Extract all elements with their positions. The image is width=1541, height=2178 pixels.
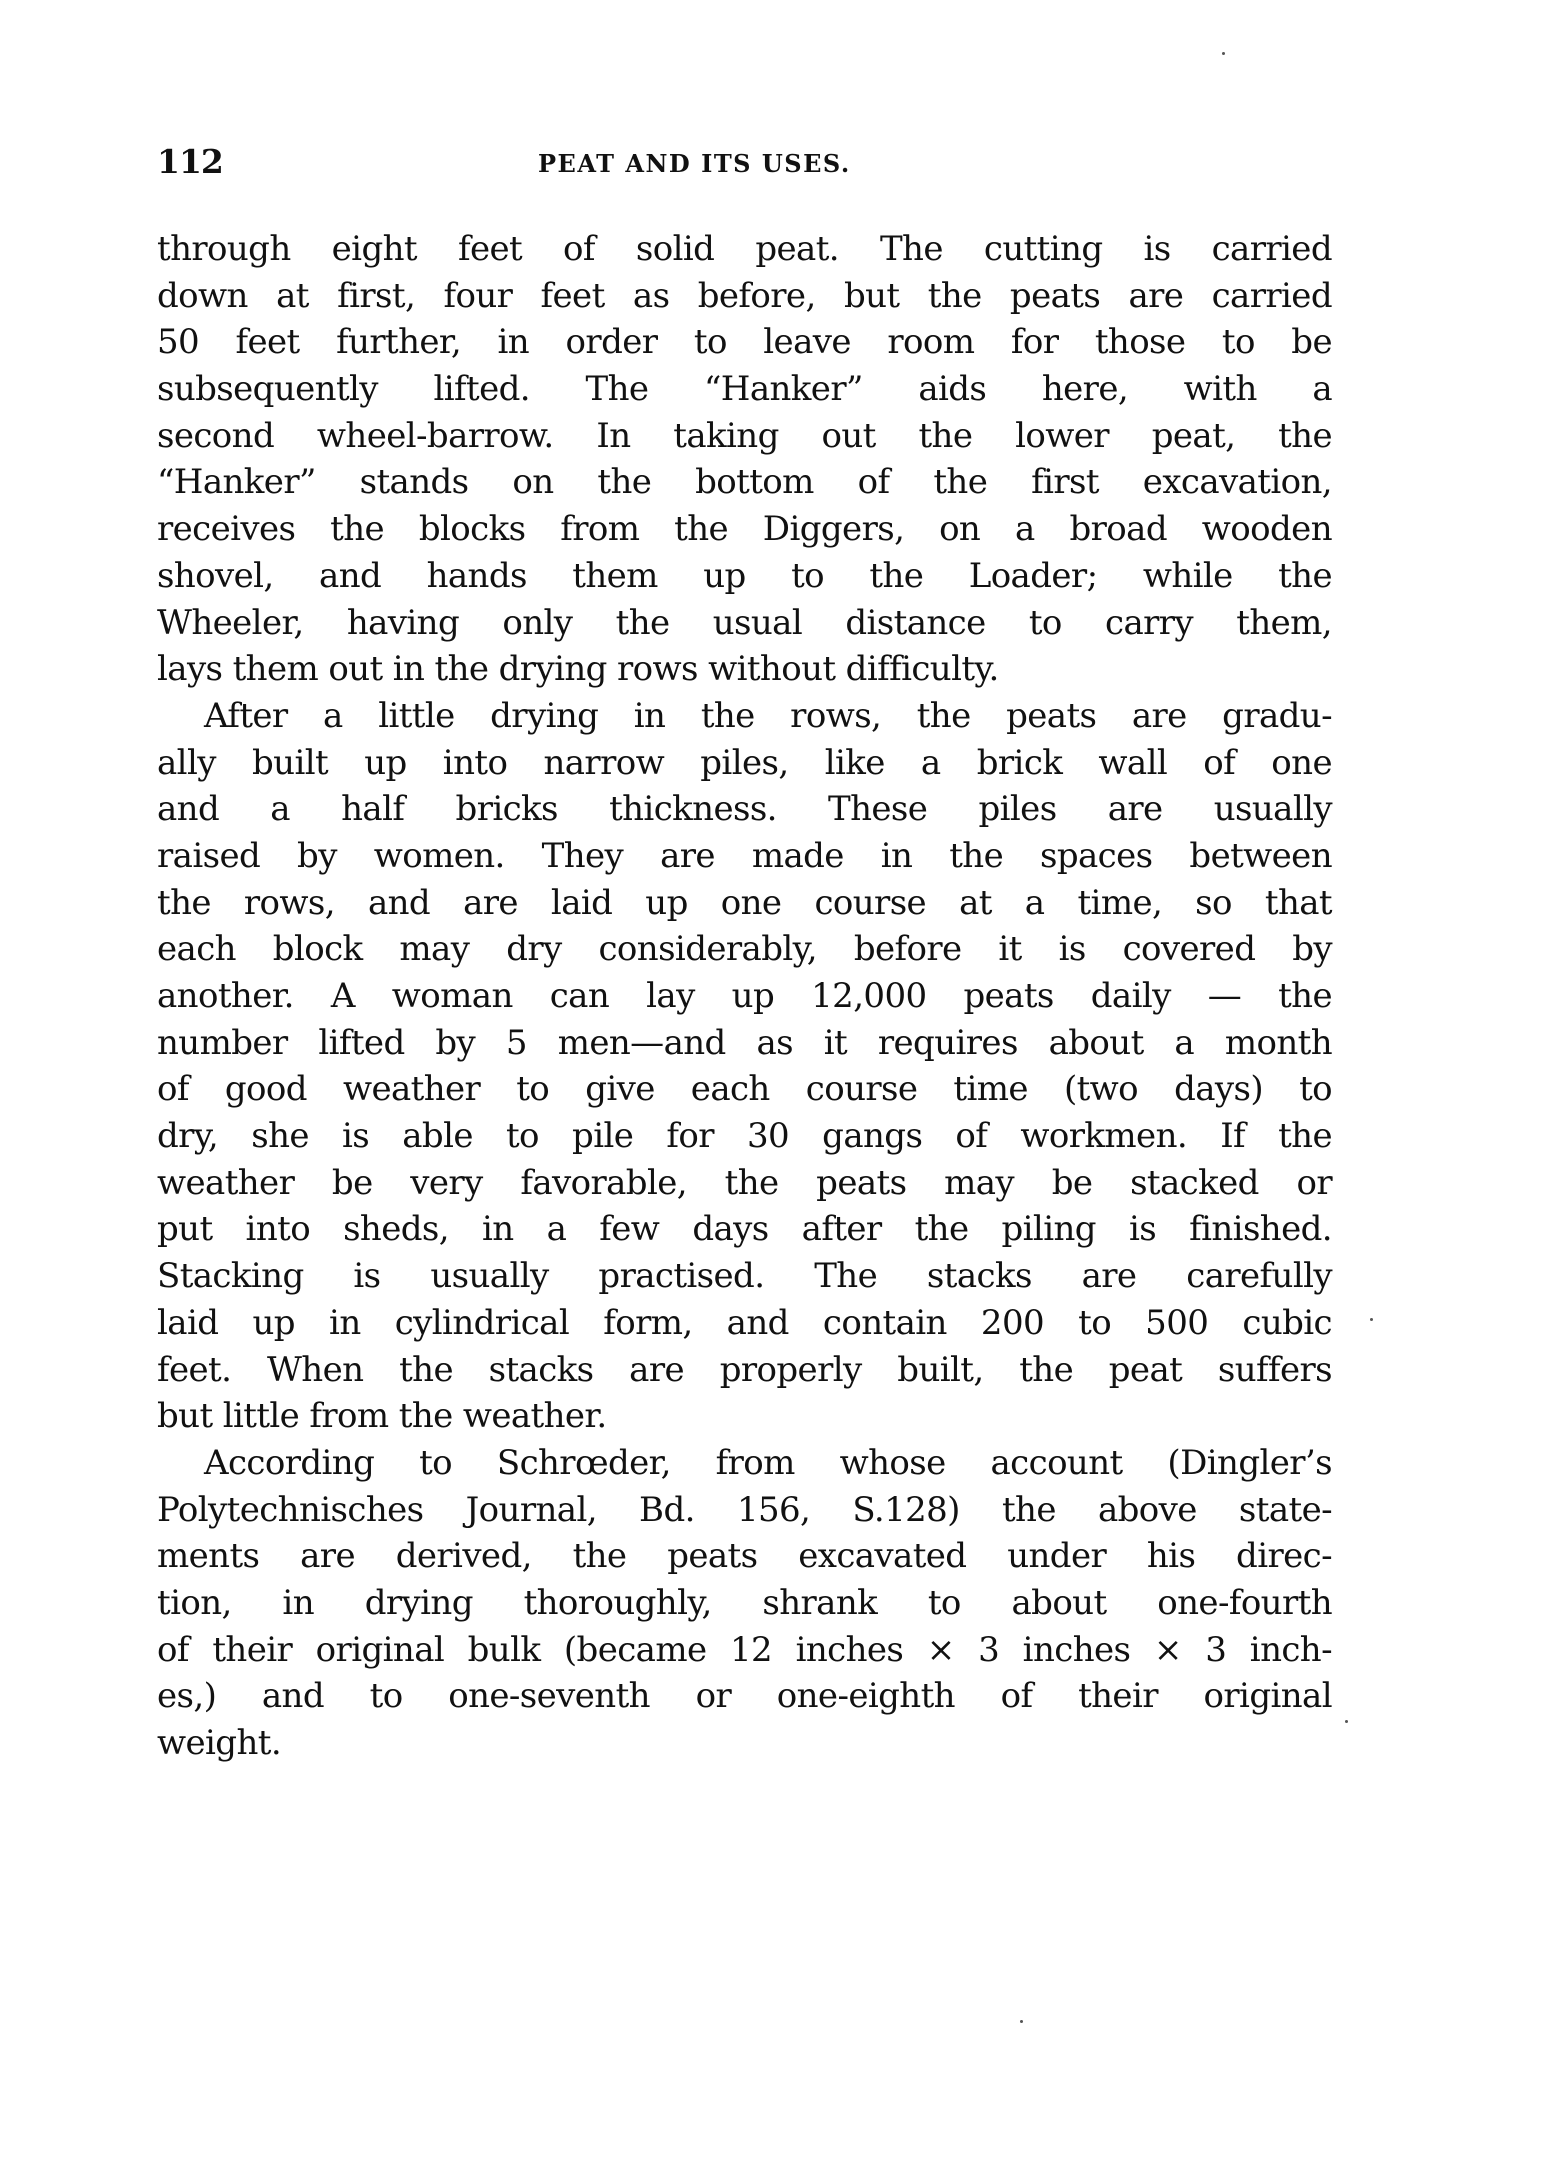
paragraph-3: According to Schrœder, from whose accoun… [157,1440,1332,1767]
text-line: After a little drying in the rows, the p… [157,693,1332,740]
text-line: through eight feet of solid peat. The cu… [157,226,1332,273]
text-line: raised by women. They are made in the sp… [157,833,1332,880]
text-line: lays them out in the drying rows without… [157,646,1332,693]
text-line: tion, in drying thoroughly, shrank to ab… [157,1580,1332,1627]
text-line: laid up in cylindrical form, and contain… [157,1300,1332,1347]
body-text: through eight feet of solid peat. The cu… [157,226,1332,1767]
text-line: second wheel-barrow. In taking out the l… [157,413,1332,460]
text-line: another. A woman can lay up 12,000 peats… [157,973,1332,1020]
text-line: and a half bricks thickness. These piles… [157,786,1332,833]
text-line: “Hanker” stands on the bottom of the fir… [157,459,1332,506]
text-line: down at first, four feet as before, but … [157,273,1332,320]
running-title: PEAT AND ITS USES. [538,144,851,184]
text-line: subsequently lifted. The “Hanker” aids h… [157,366,1332,413]
text-line: weight. [157,1720,1332,1767]
text-line: Stacking is usually practised. The stack… [157,1253,1332,1300]
scan-speck [1370,1318,1373,1321]
scan-speck [1020,2020,1023,2023]
text-line: the rows, and are laid up one course at … [157,880,1332,927]
text-line: of good weather to give each course time… [157,1066,1332,1113]
text-line: ments are derived, the peats excavated u… [157,1533,1332,1580]
text-line: of their original bulk (became 12 inches… [157,1627,1332,1674]
text-line: dry, she is able to pile for 30 gangs of… [157,1113,1332,1160]
text-line: ally built up into narrow piles, like a … [157,740,1332,787]
text-line: feet. When the stacks are properly built… [157,1347,1332,1394]
text-line: but little from the weather. [157,1393,1332,1440]
text-line: weather be very favorable, the peats may… [157,1160,1332,1207]
text-line: receives the blocks from the Diggers, on… [157,506,1332,553]
running-head: 112 PEAT AND ITS USES. [157,140,1332,184]
book-page: 112 PEAT AND ITS USES. through eight fee… [0,0,1541,2178]
text-line: number lifted by 5 men—and as it require… [157,1020,1332,1067]
page-number: 112 [157,140,223,184]
scan-speck [1345,1720,1348,1723]
text-line: 50 feet further, in order to leave room … [157,319,1332,366]
text-line: each block may dry considerably, before … [157,926,1332,973]
text-line: shovel, and hands them up to the Loader;… [157,553,1332,600]
paragraph-1: through eight feet of solid peat. The cu… [157,226,1332,693]
paragraph-2: After a little drying in the rows, the p… [157,693,1332,1440]
text-line: es,) and to one-seventh or one-eighth of… [157,1673,1332,1720]
text-line: put into sheds, in a few days after the … [157,1206,1332,1253]
text-line: Polytechnisches Journal, Bd. 156, S.128)… [157,1487,1332,1534]
text-line: Wheeler, having only the usual distance … [157,600,1332,647]
text-line: According to Schrœder, from whose accoun… [157,1440,1332,1487]
scan-speck [1222,52,1225,55]
